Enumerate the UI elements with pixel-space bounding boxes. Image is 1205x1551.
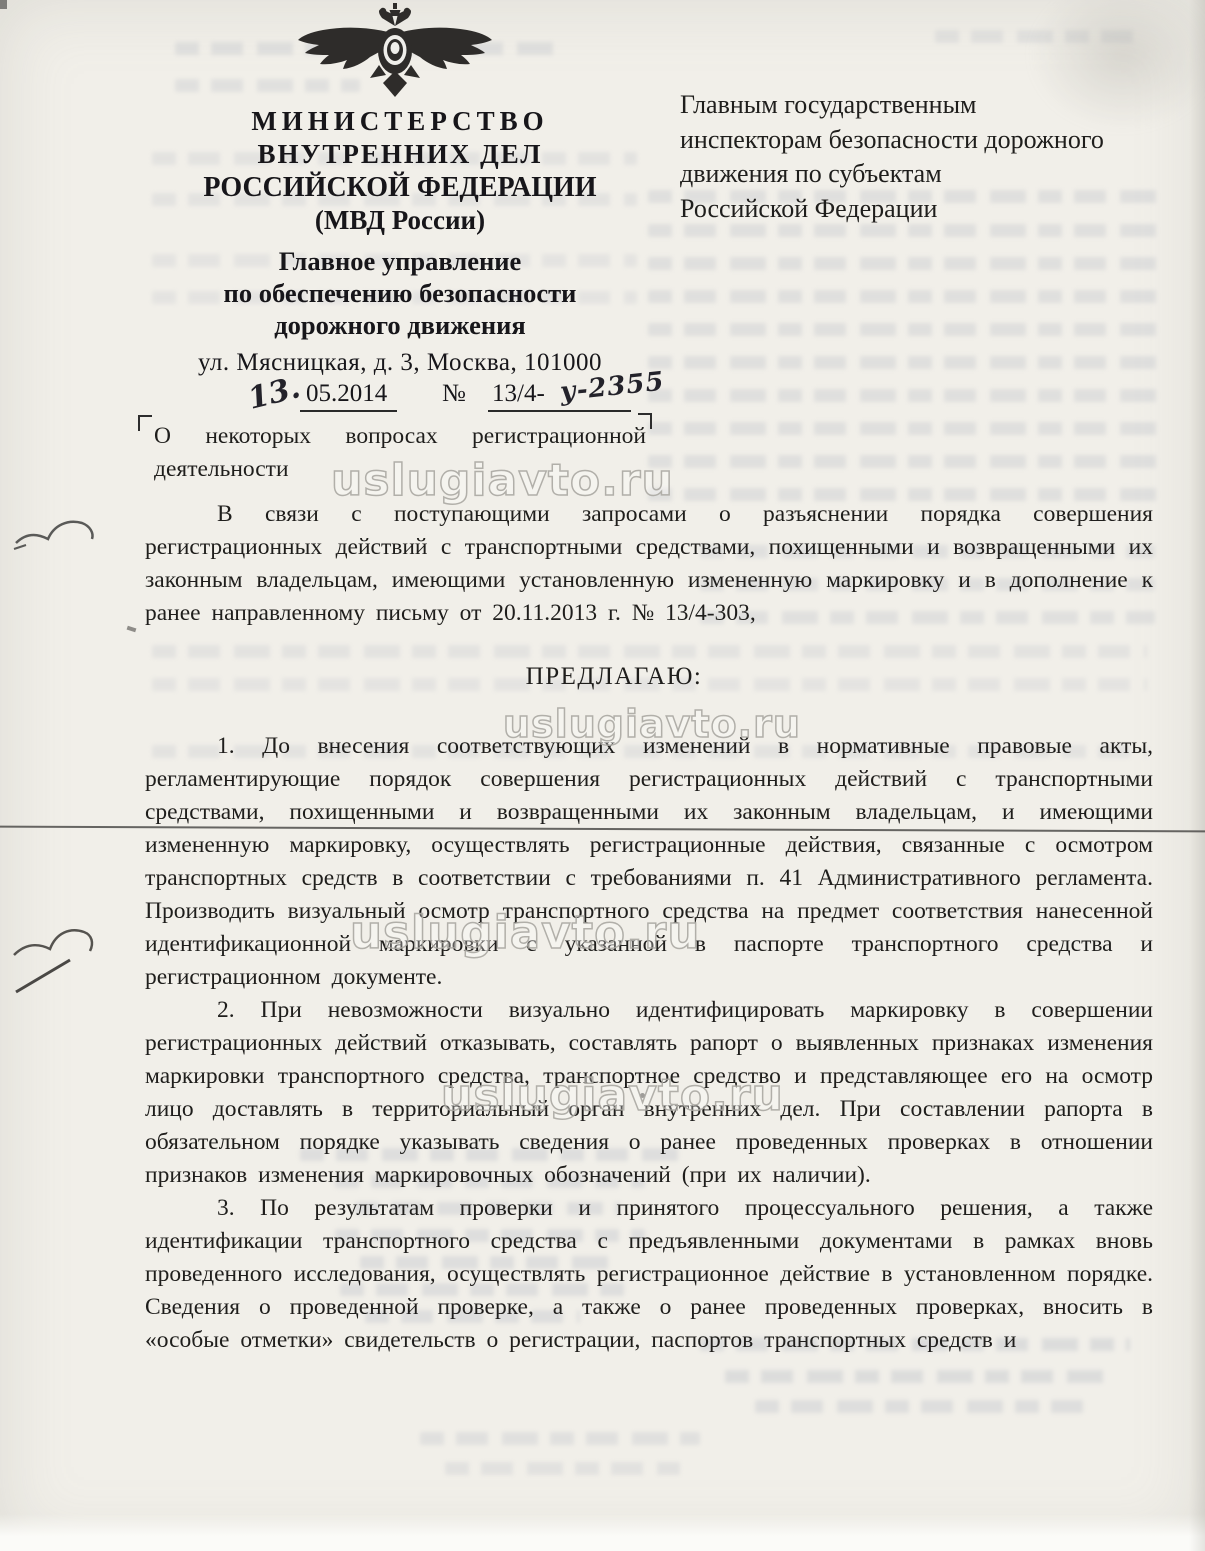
date-number-row: 13. 05.2014 № 13/4- у-2355 — [150, 380, 650, 422]
recipient-line: движения по субъектам — [680, 157, 1160, 192]
department-line: по обеспечению безопасности — [150, 277, 650, 309]
number-printed: 13/4- — [492, 380, 545, 407]
ministry-name-line: ВНУТРЕННИХ ДЕЛ — [150, 138, 650, 171]
department-line: Главное управление — [150, 245, 650, 277]
scan-edge-band — [1189, 0, 1205, 1551]
bleed-through-line — [648, 422, 1158, 435]
scanned-letter-page: МИНИСТЕРСТВО ВНУТРЕННИХ ДЕЛ РОССИЙСКОЙ Ф… — [0, 0, 1205, 1551]
bleed-through-line — [648, 455, 1158, 468]
bleed-through-line — [648, 290, 1158, 303]
scan-speck — [127, 626, 137, 633]
bleed-through-line — [725, 1370, 1110, 1383]
bleed-through-line — [648, 257, 1158, 270]
ministry-name-line: МИНИСТЕРСТВО — [150, 104, 650, 138]
body-paragraph-3: 3. По результатам проверки и принятого п… — [145, 1192, 1153, 1357]
ministry-abbr: (МВД России) — [150, 204, 650, 236]
scan-edge-band — [0, 1514, 1205, 1551]
pen-mark — [10, 952, 80, 997]
intro-paragraph: В связи с поступающими запросами о разъя… — [145, 498, 1153, 630]
date-printed: 05.2014 — [300, 380, 397, 412]
recipient-block: Главным государственным инспекторам безо… — [680, 88, 1160, 226]
recipient-line: инспекторам безопасности дорожного — [680, 123, 1160, 158]
department-line: дорожного движения — [150, 309, 650, 341]
watermark-uslugiavto: uslugiavto.ru — [441, 1070, 784, 1121]
letterhead: МИНИСТЕРСТВО ВНУТРЕННИХ ДЕЛ РОССИЙСКОЙ Ф… — [150, 104, 650, 422]
watermark-uslugiavto: uslugiavto.ru — [503, 702, 801, 746]
bleed-through-line — [648, 356, 1158, 369]
recipient-line: Российской Федерации — [680, 192, 1160, 227]
document-number: 13/4- у-2355 — [488, 380, 631, 412]
ministry-name-line: РОССИЙСКОЙ ФЕДЕРАЦИИ — [150, 171, 650, 204]
recipient-line: Главным государственным — [680, 88, 1160, 123]
resolution-heading: ПРЕДЛАГАЮ: — [145, 660, 1083, 693]
bleed-through-line — [755, 1400, 1085, 1413]
bleed-through-line — [420, 1432, 700, 1445]
number-sign: № — [442, 380, 466, 408]
bleed-through-line — [648, 323, 1158, 336]
watermark-uslugiavto: uslugiavto.ru — [350, 906, 700, 959]
scan-artifact — [0, 0, 7, 9]
bleed-through-line — [648, 389, 1158, 402]
pen-mark — [10, 505, 105, 555]
mvd-double-headed-eagle-icon — [295, 3, 495, 98]
watermark-uslugiavto: uslugiavto.ru — [331, 455, 674, 506]
bleed-through-line — [445, 1462, 680, 1475]
